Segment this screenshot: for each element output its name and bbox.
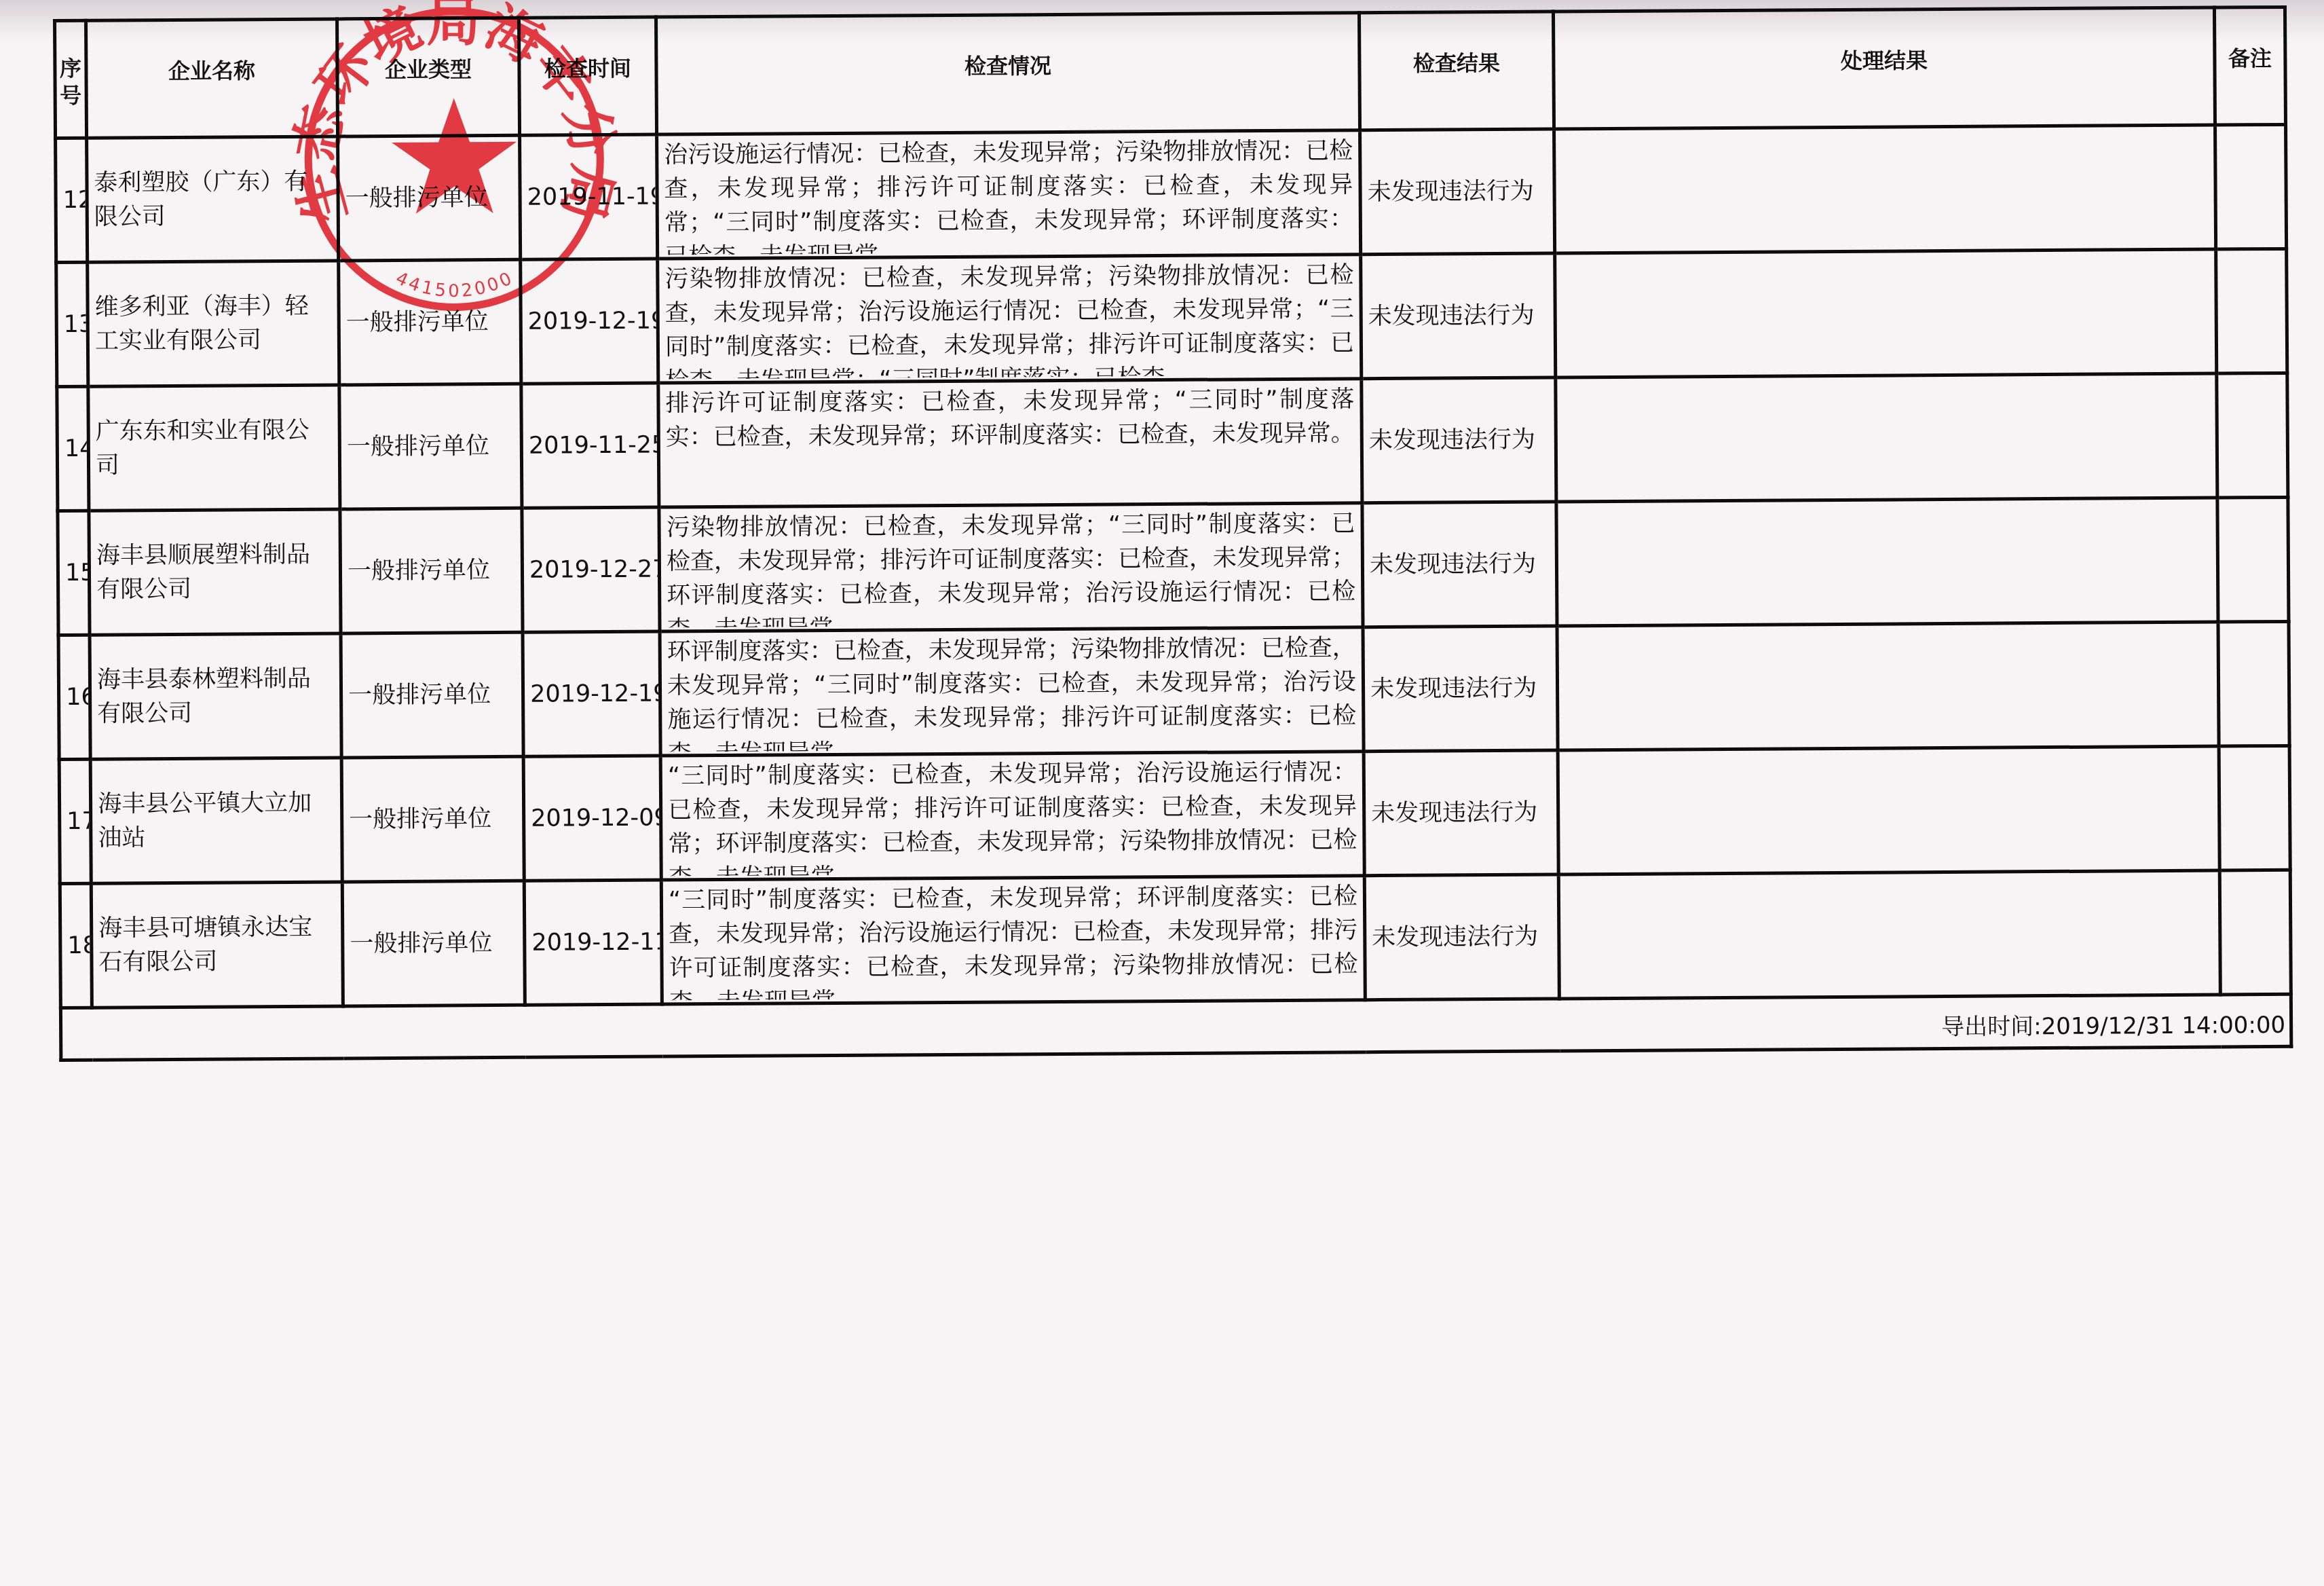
table-row: 16 海丰县泰林塑料制品有限公司 一般排污单位 2019-12-19 环评制度落…: [58, 621, 2289, 759]
row-seq: 12: [56, 138, 88, 262]
row-inspection-date: 2019-12-19: [523, 631, 660, 756]
row-company-type: 一般排污单位: [339, 384, 522, 509]
row-company-name: 海丰县公平镇大立加油站: [90, 758, 342, 883]
row-handling-result: [1556, 373, 2217, 502]
row-remarks: [2219, 745, 2290, 870]
row-inspection-result: 未发现违法行为: [1364, 750, 1558, 876]
row-remarks: [2219, 870, 2291, 995]
row-company-name: 维多利亚（海丰）轻工实业有限公司: [88, 261, 339, 386]
row-remarks: [2216, 248, 2287, 373]
row-inspection-date: 2019-12-27: [522, 507, 660, 632]
header-remarks: 备注: [2214, 7, 2285, 125]
row-handling-result: [1558, 746, 2219, 874]
row-handling-result: [1557, 622, 2219, 750]
header-row: 序号 企业名称 企业类型 检查时间 检查情况 检查结果 处理结果 备注: [55, 7, 2286, 138]
row-company-type: 一般排污单位: [338, 135, 521, 261]
row-company-type: 一般排污单位: [342, 881, 525, 1006]
table-row: 14 广东东和实业有限公司 一般排污单位 2019-11-25 排污许可证制度落…: [57, 373, 2288, 511]
inspection-table: 序号 企业名称 企业类型 检查时间 检查情况 检查结果 处理结果 备注 12 泰…: [53, 5, 2293, 1062]
row-inspection-result: 未发现违法行为: [1360, 129, 1555, 255]
row-inspection-date: 2019-11-25: [521, 383, 659, 508]
row-inspection-details: 环评制度落实：已检查，未发现异常；污染物排放情况：已检查，未发现异常；“三同时”…: [660, 627, 1364, 756]
row-remarks: [2217, 373, 2288, 498]
header-company-type: 企业类型: [337, 18, 520, 136]
row-inspection-result: 未发现违法行为: [1362, 377, 1556, 503]
row-inspection-result: 未发现违法行为: [1361, 253, 1556, 379]
row-inspection-details: 污染物排放情况：已检查，未发现异常；污染物排放情况：已检查，未发现异常；治污设施…: [658, 255, 1362, 383]
row-handling-result: [1555, 249, 2217, 377]
header-inspection-details: 检查情况: [656, 13, 1360, 134]
row-company-type: 一般排污单位: [341, 756, 524, 882]
row-company-type: 一般排污单位: [341, 632, 523, 758]
table-row: 18 海丰县可塘镇永达宝石有限公司 一般排污单位 2019-12-11 “三同时…: [60, 870, 2291, 1008]
row-inspection-date: 2019-12-11: [524, 880, 662, 1005]
row-inspection-details: 排污许可证制度落实：已检查，未发现异常；“三同时”制度落实：已检查，未发现异常；…: [658, 379, 1362, 507]
row-inspection-details: “三同时”制度落实：已检查，未发现异常；治污设施运行情况：已检查，未发现异常；排…: [660, 752, 1364, 880]
row-company-name: 泰利塑胶（广东）有限公司: [87, 136, 339, 262]
row-inspection-details: “三同时”制度落实：已检查，未发现异常；环评制度落实：已检查，未发现异常；治污设…: [661, 876, 1365, 1004]
row-seq: 14: [57, 386, 89, 511]
row-seq: 16: [58, 635, 90, 759]
row-company-name: 广东东和实业有限公司: [88, 385, 340, 511]
row-remarks: [2217, 497, 2289, 622]
row-inspection-result: 未发现违法行为: [1362, 502, 1557, 627]
header-inspection-result: 检查结果: [1359, 12, 1554, 130]
row-company-name: 海丰县顺展塑料制品有限公司: [89, 509, 341, 635]
inspection-report-sheet: 序号 企业名称 企业类型 检查时间 检查情况 检查结果 处理结果 备注 12 泰…: [53, 5, 2289, 1062]
header-seq: 序号: [55, 20, 87, 138]
table-row: 15 海丰县顺展塑料制品有限公司 一般排污单位 2019-12-27 污染物排放…: [58, 497, 2289, 635]
row-handling-result: [1554, 125, 2216, 253]
row-seq: 13: [56, 262, 88, 386]
row-company-name: 海丰县泰林塑料制品有限公司: [90, 633, 341, 759]
row-company-type: 一般排污单位: [339, 259, 521, 385]
row-company-type: 一般排污单位: [340, 508, 523, 633]
table-row: 17 海丰县公平镇大立加油站 一般排污单位 2019-12-09 “三同时”制度…: [59, 745, 2290, 883]
header-company-name: 企业名称: [86, 19, 338, 138]
row-inspection-date: 2019-11-19: [520, 134, 658, 259]
row-inspection-details: 治污设施运行情况：已检查，未发现异常；污染物排放情况：已检查，未发现异常；排污许…: [657, 130, 1361, 259]
header-handling-result: 处理结果: [1553, 7, 2215, 129]
row-inspection-result: 未发现违法行为: [1364, 874, 1559, 1000]
row-seq: 17: [59, 759, 91, 883]
row-inspection-result: 未发现违法行为: [1363, 626, 1558, 752]
header-inspection-date: 检查时间: [519, 17, 657, 135]
row-handling-result: [1556, 498, 2218, 626]
row-seq: 18: [60, 883, 92, 1008]
row-remarks: [2218, 621, 2289, 746]
table-row: 13 维多利亚（海丰）轻工实业有限公司 一般排污单位 2019-12-19 污染…: [56, 248, 2287, 386]
row-seq: 15: [58, 511, 90, 635]
row-company-name: 海丰县可塘镇永达宝石有限公司: [91, 882, 343, 1008]
row-handling-result: [1558, 870, 2220, 999]
row-remarks: [2215, 124, 2287, 249]
row-inspection-details: 污染物排放情况：已检查，未发现异常；“三同时”制度落实：已检查，未发现异常；排污…: [659, 503, 1363, 631]
row-inspection-date: 2019-12-09: [523, 756, 661, 881]
table-row: 12 泰利塑胶（广东）有限公司 一般排污单位 2019-11-19 治污设施运行…: [56, 124, 2287, 262]
row-inspection-date: 2019-12-19: [521, 259, 658, 384]
